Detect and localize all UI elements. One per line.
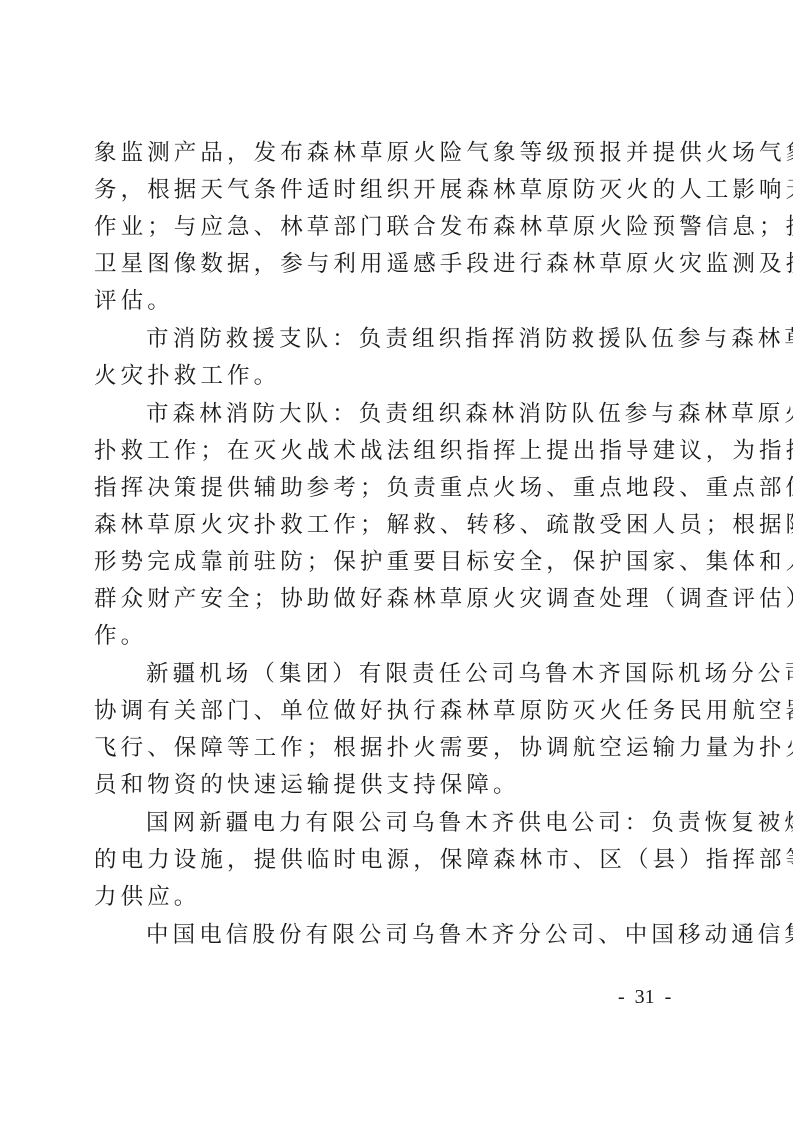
paragraph-first-line: 市消防救援支队：负责组织指挥消防救援队伍参与森林草原 bbox=[146, 324, 793, 354]
paragraph-line: 的电力设施，提供临时电源，保障森林市、区（县）指挥部等电 bbox=[94, 845, 793, 875]
paragraph-line: 务，根据天气条件适时组织开展森林草原防灭火的人工影响天气 bbox=[94, 175, 793, 205]
paragraph-first-line: 国网新疆电力有限公司乌鲁木齐供电公司：负责恢复被烧毁 bbox=[146, 808, 793, 838]
paragraph-line: 飞行、保障等工作；根据扑火需要，协调航空运输力量为扑火人 bbox=[94, 733, 793, 763]
paragraph-line: 作。 bbox=[94, 621, 147, 651]
paragraph-line: 力供应。 bbox=[94, 882, 200, 912]
paragraph-line: 火灾扑救工作。 bbox=[94, 361, 280, 391]
paragraph-line: 象监测产品，发布森林草原火险气象等级预报并提供火场气象服 bbox=[94, 138, 793, 168]
paragraph-line: 扑救工作；在灭火战术战法组织指挥上提出指导建议，为指挥部 bbox=[94, 436, 793, 466]
paragraph-line: 形势完成靠前驻防；保护重要目标安全，保护国家、集体和人民 bbox=[94, 547, 793, 577]
paragraph-first-line: 新疆机场（集团）有限责任公司乌鲁木齐国际机场分公司： bbox=[146, 659, 793, 689]
paragraph-line: 群众财产安全；协助做好森林草原火灾调查处理（调查评估）工 bbox=[94, 584, 793, 614]
paragraph-line: 作业；与应急、林草部门联合发布森林草原火险预警信息；提供 bbox=[94, 212, 793, 242]
paragraph-line: 评估。 bbox=[94, 286, 174, 316]
page-number: - 31 - bbox=[618, 986, 671, 1009]
paragraph-first-line: 中国电信股份有限公司乌鲁木齐分公司、中国移动通信集团 bbox=[146, 920, 793, 950]
document-page: 象监测产品，发布森林草原火险气象等级预报并提供火场气象服 务，根据天气条件适时组… bbox=[0, 0, 793, 1122]
paragraph-line: 员和物资的快速运输提供支持保障。 bbox=[94, 770, 520, 800]
paragraph-line: 协调有关部门、单位做好执行森林草原防灭火任务民用航空器的 bbox=[94, 696, 793, 726]
paragraph-first-line: 市森林消防大队：负责组织森林消防队伍参与森林草原火灾 bbox=[146, 399, 793, 429]
paragraph-line: 森林草原火灾扑救工作；解救、转移、疏散受困人员；根据防火 bbox=[94, 510, 793, 540]
paragraph-line: 卫星图像数据，参与利用遥感手段进行森林草原火灾监测及损失 bbox=[94, 249, 793, 279]
paragraph-line: 指挥决策提供辅助参考；负责重点火场、重点地段、重点部位的 bbox=[94, 473, 793, 503]
